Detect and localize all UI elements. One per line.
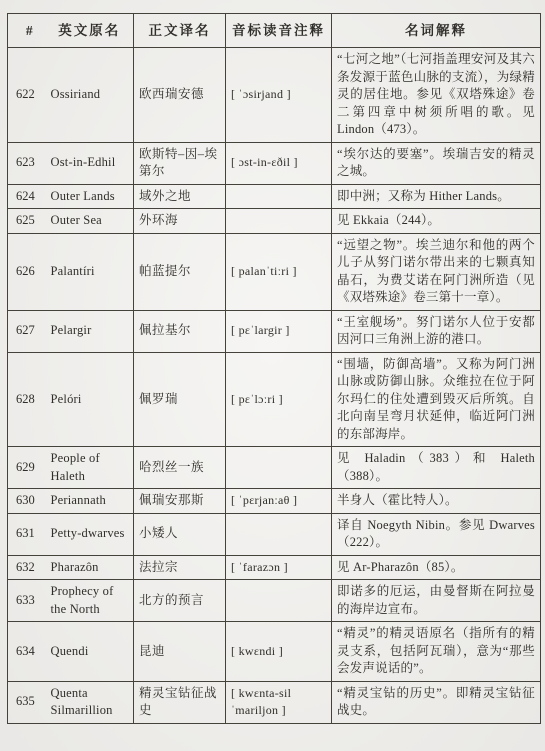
row-phonetic: [ palanˈtiːri ]	[226, 233, 332, 310]
row-english-name: Ost-in-Edhil	[46, 142, 134, 184]
row-definition: “埃尔达的要塞”。埃瑞吉安的精灵之城。	[332, 142, 541, 184]
row-definition: 见 Ekkaia（244）。	[332, 209, 541, 234]
row-chinese-name: 北方的预言	[134, 580, 226, 622]
row-definition: “精灵”的精灵语原名（指所有的精灵支系，包括阿瓦瑞），意为“那些会发声说话的”。	[332, 622, 541, 682]
row-chinese-name: 帕蓝提尔	[134, 233, 226, 310]
row-english-name: People of Haleth	[46, 447, 134, 489]
row-chinese-name: 法拉宗	[134, 555, 226, 580]
row-phonetic: [ ˈpɛrjanːaθ ]	[226, 489, 332, 514]
row-english-name: Ossiriand	[46, 48, 134, 143]
row-chinese-name: 昆迪	[134, 622, 226, 682]
table-row: 627 Pelargir 佩拉基尔 [ pɛˈlargir ] “王室舰场”。努…	[8, 310, 541, 352]
row-number: 627	[8, 310, 46, 352]
row-definition: 译自 Noegyth Nibin。参见 Dwarves（222）。	[332, 513, 541, 555]
row-number: 631	[8, 513, 46, 555]
row-phonetic	[226, 209, 332, 234]
row-phonetic	[226, 184, 332, 209]
header-phonetic: 音标读音注释	[226, 14, 332, 48]
glossary-table-body: 622 Ossiriand 欧西瑞安德 [ ˈɔsirjand ] “七河之地”…	[8, 48, 541, 724]
row-number: 632	[8, 555, 46, 580]
table-row: 628 Pelóri 佩罗瑞 [ pɛˈlɔːri ] “围墙，防御高墙”。又称…	[8, 352, 541, 447]
row-definition: 半身人（霍比特人）。	[332, 489, 541, 514]
glossary-table-header: # 英文原名 正文译名 音标读音注释 名词解释	[8, 14, 541, 48]
row-chinese-name: 外环海	[134, 209, 226, 234]
row-chinese-name: 欧斯特–因–埃第尔	[134, 142, 226, 184]
row-number: 622	[8, 48, 46, 143]
row-english-name: Pelóri	[46, 352, 134, 447]
row-english-name: Quendi	[46, 622, 134, 682]
row-english-name: Pelargir	[46, 310, 134, 352]
row-definition: 即诺多的厄运，由曼督斯在阿拉曼的海岸边宣布。	[332, 580, 541, 622]
row-definition: “精灵宝钻的历史”。即精灵宝钻征战史。	[332, 681, 541, 723]
row-number: 625	[8, 209, 46, 234]
row-chinese-name: 佩罗瑞	[134, 352, 226, 447]
row-phonetic	[226, 447, 332, 489]
header-english-name: 英文原名	[46, 14, 134, 48]
row-number: 626	[8, 233, 46, 310]
row-chinese-name: 哈烈丝一族	[134, 447, 226, 489]
row-phonetic: [ ˈfarazɔn ]	[226, 555, 332, 580]
row-definition: “王室舰场”。努门诺尔人位于安都因河口三角洲上游的港口。	[332, 310, 541, 352]
row-english-name: Outer Sea	[46, 209, 134, 234]
row-phonetic	[226, 580, 332, 622]
row-definition: 见 Haladin（383）和 Haleth（388）。	[332, 447, 541, 489]
table-row: 635 Quenta Silmarillion 精灵宝钻征战史 [ kwɛnta…	[8, 681, 541, 723]
row-english-name: Petty-dwarves	[46, 513, 134, 555]
table-row: 622 Ossiriand 欧西瑞安德 [ ˈɔsirjand ] “七河之地”…	[8, 48, 541, 143]
scanned-glossary-page: # 英文原名 正文译名 音标读音注释 名词解释 622 Ossiriand 欧西…	[0, 0, 545, 751]
row-number: 628	[8, 352, 46, 447]
row-definition: “七河之地”（七河指盖理安河及其六条发源于蓝色山脉的支流），为绿精灵的居住地。参…	[332, 48, 541, 143]
row-phonetic	[226, 513, 332, 555]
row-english-name: Pharazôn	[46, 555, 134, 580]
row-number: 623	[8, 142, 46, 184]
table-row: 630 Periannath 佩瑞安那斯 [ ˈpɛrjanːaθ ] 半身人（…	[8, 489, 541, 514]
row-number: 635	[8, 681, 46, 723]
table-row: 631 Petty-dwarves 小矮人 译自 Noegyth Nibin。参…	[8, 513, 541, 555]
row-definition: 即中洲；又称为 Hither Lands。	[332, 184, 541, 209]
row-number: 633	[8, 580, 46, 622]
row-english-name: Outer Lands	[46, 184, 134, 209]
row-chinese-name: 域外之地	[134, 184, 226, 209]
header-row: # 英文原名 正文译名 音标读音注释 名词解释	[8, 14, 541, 48]
row-phonetic: [ pɛˈlɔːri ]	[226, 352, 332, 447]
row-chinese-name: 小矮人	[134, 513, 226, 555]
table-row: 632 Pharazôn 法拉宗 [ ˈfarazɔn ] 见 Ar-Phara…	[8, 555, 541, 580]
row-chinese-name: 欧西瑞安德	[134, 48, 226, 143]
row-english-name: Palantíri	[46, 233, 134, 310]
header-number: #	[8, 14, 46, 48]
row-number: 634	[8, 622, 46, 682]
row-phonetic: [ ˈɔsirjand ]	[226, 48, 332, 143]
glossary-table: # 英文原名 正文译名 音标读音注释 名词解释 622 Ossiriand 欧西…	[7, 13, 541, 724]
header-definition: 名词解释	[332, 14, 541, 48]
table-row: 623 Ost-in-Edhil 欧斯特–因–埃第尔 [ ɔst-in-ɛðil…	[8, 142, 541, 184]
row-definition: “远望之物”。埃兰迪尔和他的两个儿子从努门诺尔带出来的七颗真知晶石，为费艾诺在阿…	[332, 233, 541, 310]
table-row: 629 People of Haleth 哈烈丝一族 见 Haladin（383…	[8, 447, 541, 489]
row-phonetic: [ kwɛnta-silˈmariljon ]	[226, 681, 332, 723]
row-phonetic: [ pɛˈlargir ]	[226, 310, 332, 352]
table-row: 634 Quendi 昆迪 [ kwɛndi ] “精灵”的精灵语原名（指所有的…	[8, 622, 541, 682]
row-english-name: Quenta Silmarillion	[46, 681, 134, 723]
row-chinese-name: 佩拉基尔	[134, 310, 226, 352]
row-english-name: Prophecy of the North	[46, 580, 134, 622]
table-row: 625 Outer Sea 外环海 见 Ekkaia（244）。	[8, 209, 541, 234]
table-row: 633 Prophecy of the North 北方的预言 即诺多的厄运，由…	[8, 580, 541, 622]
row-phonetic: [ ɔst-in-ɛðil ]	[226, 142, 332, 184]
header-chinese-name: 正文译名	[134, 14, 226, 48]
row-phonetic: [ kwɛndi ]	[226, 622, 332, 682]
row-number: 624	[8, 184, 46, 209]
row-definition: 见 Ar-Pharazôn（85）。	[332, 555, 541, 580]
row-definition: “围墙，防御高墙”。又称为阿门洲山脉或防御山脉。众维拉在位于阿尔玛仁的住处遭到毁…	[332, 352, 541, 447]
row-chinese-name: 精灵宝钻征战史	[134, 681, 226, 723]
row-chinese-name: 佩瑞安那斯	[134, 489, 226, 514]
table-row: 626 Palantíri 帕蓝提尔 [ palanˈtiːri ] “远望之物…	[8, 233, 541, 310]
row-english-name: Periannath	[46, 489, 134, 514]
row-number: 630	[8, 489, 46, 514]
table-row: 624 Outer Lands 域外之地 即中洲；又称为 Hither Land…	[8, 184, 541, 209]
row-number: 629	[8, 447, 46, 489]
